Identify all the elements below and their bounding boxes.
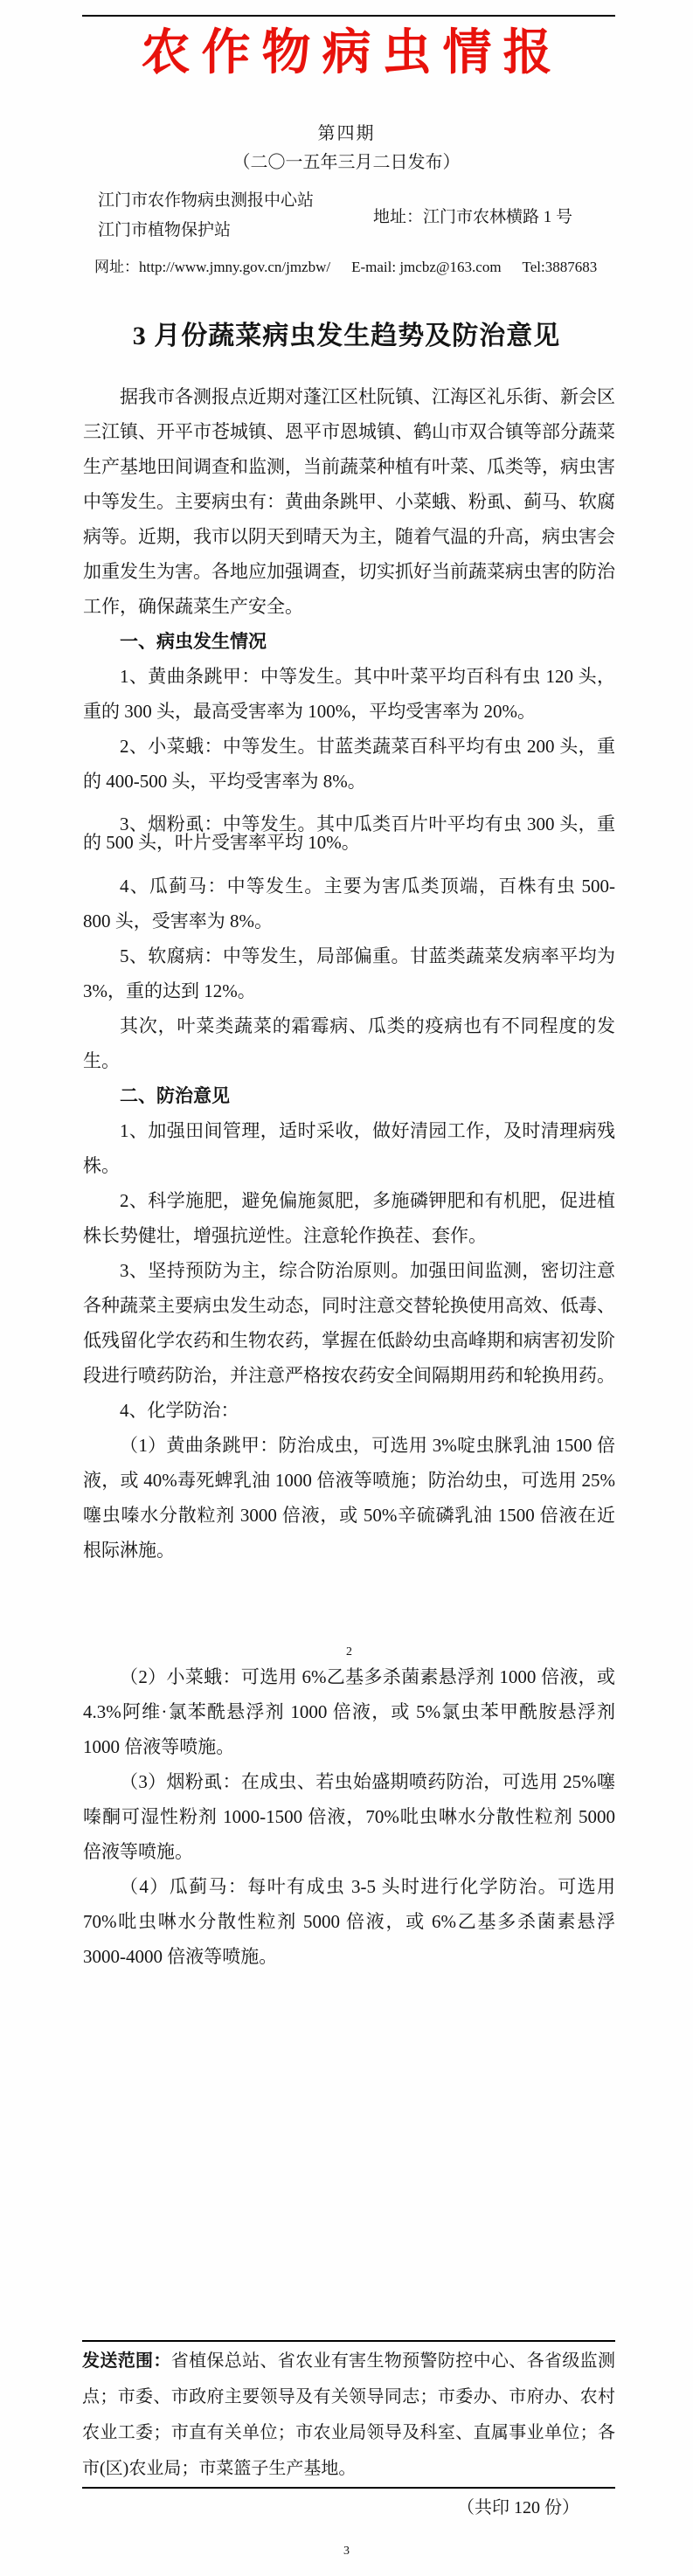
distribution-scope-box: 发送范围：省植保总站、省农业有害生物预警防控中心、各省级监测点；市委、市政府主要… bbox=[82, 2340, 615, 2489]
body-paragraph: 2、科学施肥，避免偏施氮肥，多施磷钾肥和有机肥，促进植株长势健壮，增强抗逆性。注… bbox=[83, 1183, 615, 1253]
article-title: 3 月份蔬菜病虫发生趋势及防治意见 bbox=[0, 317, 693, 356]
masthead-top-rule bbox=[82, 15, 615, 17]
issue-number: 第四期 bbox=[0, 122, 693, 145]
body-paragraph: 3、烟粉虱：中等发生。其中瓜类百片叶平均有虫 300 头，重的 500 头，叶片… bbox=[83, 799, 615, 869]
body-paragraph: 1、黄曲条跳甲：中等发生。其中叶菜平均百科有虫 120 头，重的 300 头，最… bbox=[83, 659, 615, 729]
bulletin-masthead-title: 农作物病虫情报 bbox=[0, 23, 693, 84]
org-address: 地址：江门市农林横路 1 号 bbox=[373, 208, 572, 227]
section2-heading: 二、防治意见 bbox=[83, 1078, 615, 1113]
page-number-3: 3 bbox=[0, 2545, 693, 2559]
issuing-org-line2: 江门市植物保护站 bbox=[98, 221, 231, 240]
bulletin-page: 农作物病虫情报 第四期 （二〇一五年三月二日发布） 江门市农作物病虫测报中心站 … bbox=[0, 0, 693, 2576]
section1-heading: 一、病虫发生情况 bbox=[83, 624, 615, 659]
body-paragraph: 2、小菜蛾：中等发生。甘蓝类蔬菜百科平均有虫 200 头，重的 400-500 … bbox=[83, 729, 615, 799]
print-count: （共印 120 份） bbox=[457, 2497, 579, 2518]
body-paragraph: （3）烟粉虱：在成虫、若虫始盛期喷药防治，可选用 25%噻嗪酮可湿性粉剂 100… bbox=[83, 1764, 615, 1869]
email-address: E-mail: jmcbz@163.com bbox=[351, 259, 501, 275]
page-break-gap: 2 bbox=[83, 1568, 615, 1659]
body-paragraph: （4）瓜蓟马：每叶有成虫 3-5 头时进行化学防治。可选用 70%吡虫啉水分散性… bbox=[83, 1869, 615, 1974]
issuing-org-line1: 江门市农作物病虫测报中心站 bbox=[98, 191, 314, 211]
publish-date: （二〇一五年三月二日发布） bbox=[0, 151, 693, 174]
page-number-2: 2 bbox=[83, 1645, 615, 1659]
body-paragraph: 4、化学防治： bbox=[83, 1393, 615, 1428]
body-paragraph: 其次，叶菜类蔬菜的霜霉病、瓜类的疫病也有不同程度的发生。 bbox=[83, 1008, 615, 1078]
article-body: 据我市各测报点近期对蓬江区杜阮镇、江海区礼乐街、新会区三江镇、开平市苍城镇、恩平… bbox=[83, 379, 615, 1974]
body-paragraph: （2）小菜蛾：可选用 6%乙基多杀菌素悬浮剂 1000 倍液，或 4.3%阿维·… bbox=[83, 1659, 615, 1764]
body-paragraph: 3、坚持预防为主，综合防治原则。加强田间监测，密切注意各种蔬菜主要病虫发生动态，… bbox=[83, 1253, 615, 1393]
intro-paragraph: 据我市各测报点近期对蓬江区杜阮镇、江海区礼乐街、新会区三江镇、开平市苍城镇、恩平… bbox=[83, 379, 615, 624]
distribution-scope-label: 发送范围： bbox=[82, 2351, 171, 2371]
telephone-number: Tel:3887683 bbox=[523, 259, 598, 275]
body-paragraph: 5、软腐病：中等发生，局部偏重。甘蓝类蔬菜发病率平均为 3%，重的达到 12%。 bbox=[83, 938, 615, 1008]
body-paragraph: 1、加强田间管理，适时采收，做好清园工作，及时清理病残株。 bbox=[83, 1113, 615, 1183]
body-paragraph: 4、瓜蓟马：中等发生。主要为害瓜类顶端，百株有虫 500-800 头，受害率为 … bbox=[83, 869, 615, 938]
body-paragraph: （1）黄曲条跳甲：防治成虫，可选用 3%啶虫脒乳油 1500 倍液，或 40%毒… bbox=[83, 1428, 615, 1568]
contact-line: 网址：http://www.jmny.gov.cn/jmzbw/E-mail: … bbox=[94, 259, 619, 276]
website-url: 网址：http://www.jmny.gov.cn/jmzbw/ bbox=[94, 259, 330, 275]
